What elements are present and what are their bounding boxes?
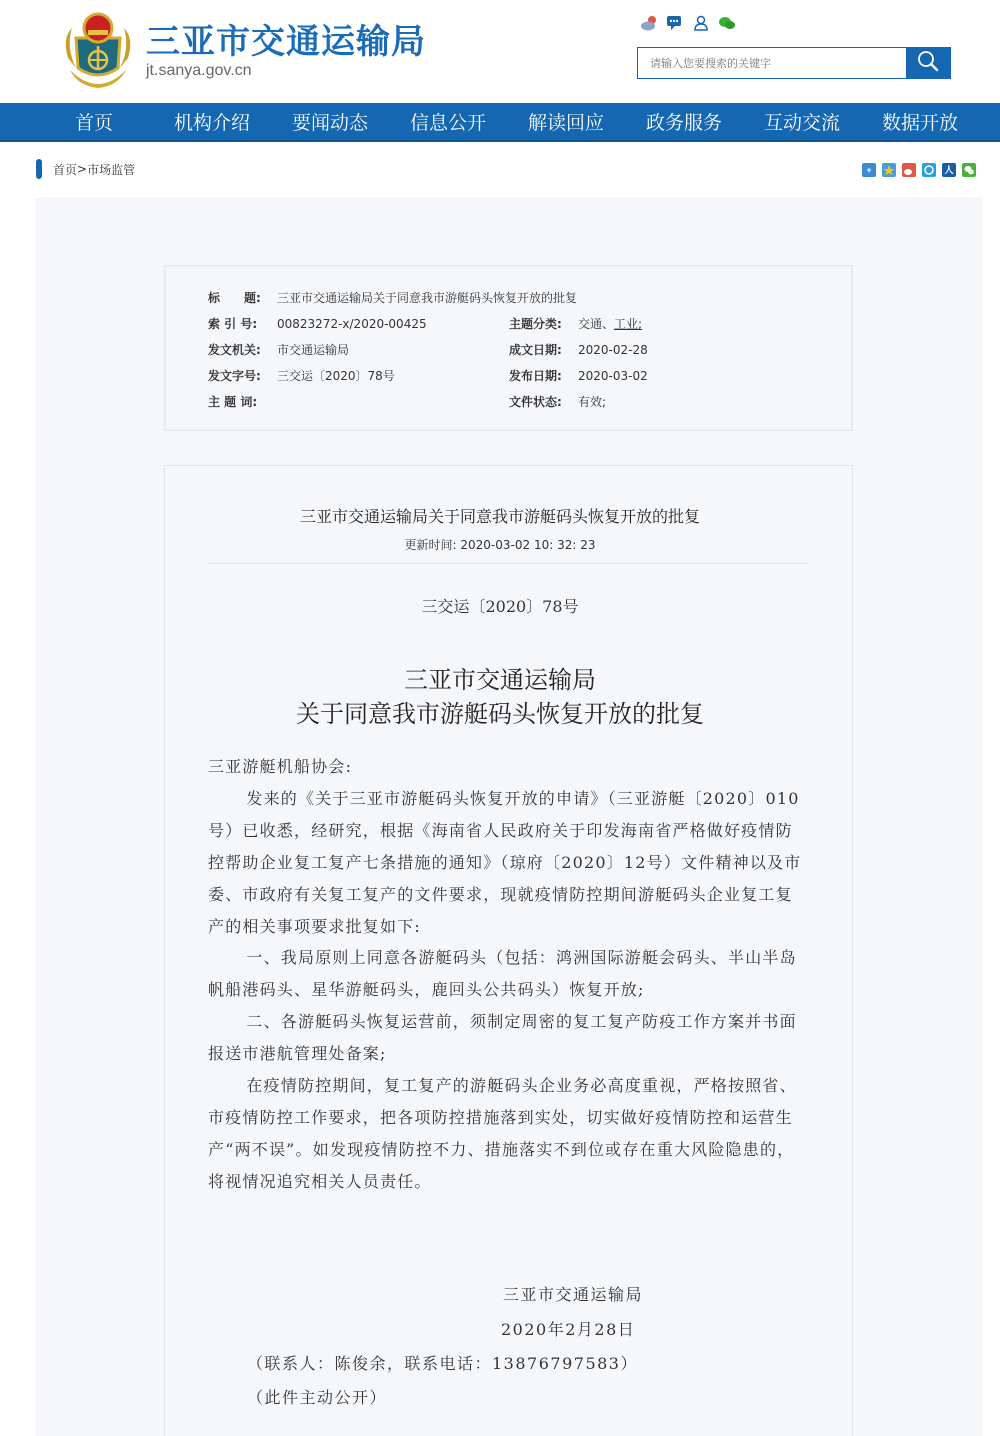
- document-heading-line1: 三亚市交通运输局: [0, 660, 1000, 695]
- nav-item-home[interactable]: 首页: [75, 103, 113, 142]
- message-icon[interactable]: [666, 14, 684, 32]
- info-docno-label: 发文字号:: [208, 367, 277, 384]
- tencent-weibo-icon[interactable]: [922, 163, 936, 177]
- info-published-value: 2020-03-02: [578, 369, 648, 383]
- info-created-row: 成文日期:2020-02-28: [509, 341, 648, 358]
- search-button[interactable]: [906, 48, 950, 78]
- info-category-label: 主题分类:: [509, 315, 578, 332]
- breadcrumb-current[interactable]: 市场监管: [87, 161, 135, 178]
- signature-date: 2020年2月28日: [501, 1317, 635, 1340]
- info-published-label: 发布日期:: [509, 367, 578, 384]
- info-created-value: 2020-02-28: [578, 343, 648, 357]
- nav-item-info-disclosure[interactable]: 信息公开: [410, 103, 486, 142]
- wechat-share-icon[interactable]: [962, 163, 976, 177]
- site-title[interactable]: 三亚市交通运输局: [146, 14, 426, 63]
- renren-icon[interactable]: 人: [942, 163, 956, 177]
- site-header: 三亚市交通运输局 jt.sanya.gov.cn: [0, 0, 1000, 103]
- breadcrumb-marker: [36, 159, 42, 179]
- article-divider: [208, 563, 808, 564]
- disclosure-note: （此件主动公开）: [247, 1385, 387, 1408]
- search-input[interactable]: [638, 48, 906, 78]
- info-published-row: 发布日期:2020-03-02: [509, 367, 648, 384]
- wechat-icon[interactable]: [718, 14, 736, 32]
- info-keywords-label: 主 题 词:: [208, 393, 277, 410]
- info-category-value-1: 交通、: [578, 315, 614, 332]
- body-paragraph-2: 一、我局原则上同意各游艇码头（包括：鸿洲国际游艇会码头、半山半岛帆船港码头、星华…: [208, 942, 808, 1006]
- info-created-label: 成文日期:: [509, 341, 578, 358]
- info-issuer-label: 发文机关:: [208, 341, 277, 358]
- info-title-label: 标 题:: [208, 289, 277, 306]
- info-status-value: 有效;: [578, 393, 606, 410]
- signature-organization: 三亚市交通运输局: [503, 1282, 643, 1305]
- breadcrumb: 首页 > 市场监管: [36, 159, 135, 179]
- info-issuer-value: 市交通运输局: [277, 341, 349, 358]
- main-nav: 首页 机构介绍 要闻动态 信息公开 解读回应 政务服务 互动交流 数据开放: [0, 103, 1000, 142]
- weibo-icon[interactable]: [902, 163, 916, 177]
- info-status-label: 文件状态:: [509, 393, 578, 410]
- search-icon: [917, 50, 939, 77]
- qzone-icon[interactable]: [882, 163, 896, 177]
- top-icons: [640, 14, 736, 32]
- info-index-row: 索 引 号:00823272-x/2020-00425: [208, 315, 427, 332]
- breadcrumb-separator: >: [77, 162, 87, 176]
- contact-info: （联系人：陈俊余，联系电话：13876797583）: [247, 1351, 638, 1374]
- share-more-icon[interactable]: +: [862, 163, 876, 177]
- info-status-row: 文件状态:有效;: [509, 393, 606, 410]
- info-issuer-row: 发文机关:市交通运输局: [208, 341, 349, 358]
- info-docno-row: 发文字号:三交运〔2020〕78号: [208, 367, 395, 384]
- body-paragraph-4: 在疫情防控期间，复工复产的游艇码头企业务必高度重视，严格按照省、市疫情防控工作要…: [208, 1070, 808, 1198]
- nav-item-open-data[interactable]: 数据开放: [882, 103, 958, 142]
- nav-item-news[interactable]: 要闻动态: [292, 103, 368, 142]
- info-docno-value: 三交运〔2020〕78号: [277, 367, 395, 384]
- nav-item-interpretation[interactable]: 解读回应: [528, 103, 604, 142]
- info-title-value: 三亚市交通运输局关于同意我市游艇码头恢复开放的批复: [277, 289, 577, 306]
- document-number: 三交运〔2020〕78号: [0, 594, 1000, 617]
- emblem-logo-icon[interactable]: [58, 8, 138, 92]
- info-keywords-row: 主 题 词:: [208, 393, 277, 410]
- weather-icon[interactable]: [640, 14, 658, 32]
- info-title-row: 标 题:三亚市交通运输局关于同意我市游艇码头恢复开放的批复: [208, 289, 577, 306]
- document-heading-line2: 关于同意我市游艇码头恢复开放的批复: [0, 694, 1000, 729]
- article-title: 三亚市交通运输局关于同意我市游艇码头恢复开放的批复: [0, 504, 1000, 527]
- share-icons: + 人: [862, 163, 976, 177]
- nav-item-interaction[interactable]: 互动交流: [764, 103, 840, 142]
- info-category-row: 主题分类:交通、工业;: [509, 315, 642, 332]
- breadcrumb-home[interactable]: 首页: [53, 161, 77, 178]
- nav-item-about[interactable]: 机构介绍: [174, 103, 250, 142]
- nav-item-services[interactable]: 政务服务: [646, 103, 722, 142]
- body-paragraph-3: 二、各游艇码头恢复运营前，须制定周密的复工复产防疫工作方案并书面报送市港航管理处…: [208, 1006, 808, 1070]
- salutation: 三亚游艇机船协会:: [208, 751, 808, 783]
- search-box: [637, 47, 951, 79]
- site-domain: jt.sanya.gov.cn: [146, 62, 252, 80]
- info-index-label: 索 引 号:: [208, 315, 277, 332]
- article-updated-time: 更新时间: 2020-03-02 10: 32: 23: [0, 536, 1000, 553]
- info-category-link[interactable]: 工业;: [614, 315, 642, 332]
- user-icon[interactable]: [692, 14, 710, 32]
- body-paragraph-1: 发来的《关于三亚市游艇码头恢复开放的申请》（三亚游艇〔2020〕010号）已收悉…: [208, 783, 808, 943]
- info-index-value: 00823272-x/2020-00425: [277, 317, 427, 331]
